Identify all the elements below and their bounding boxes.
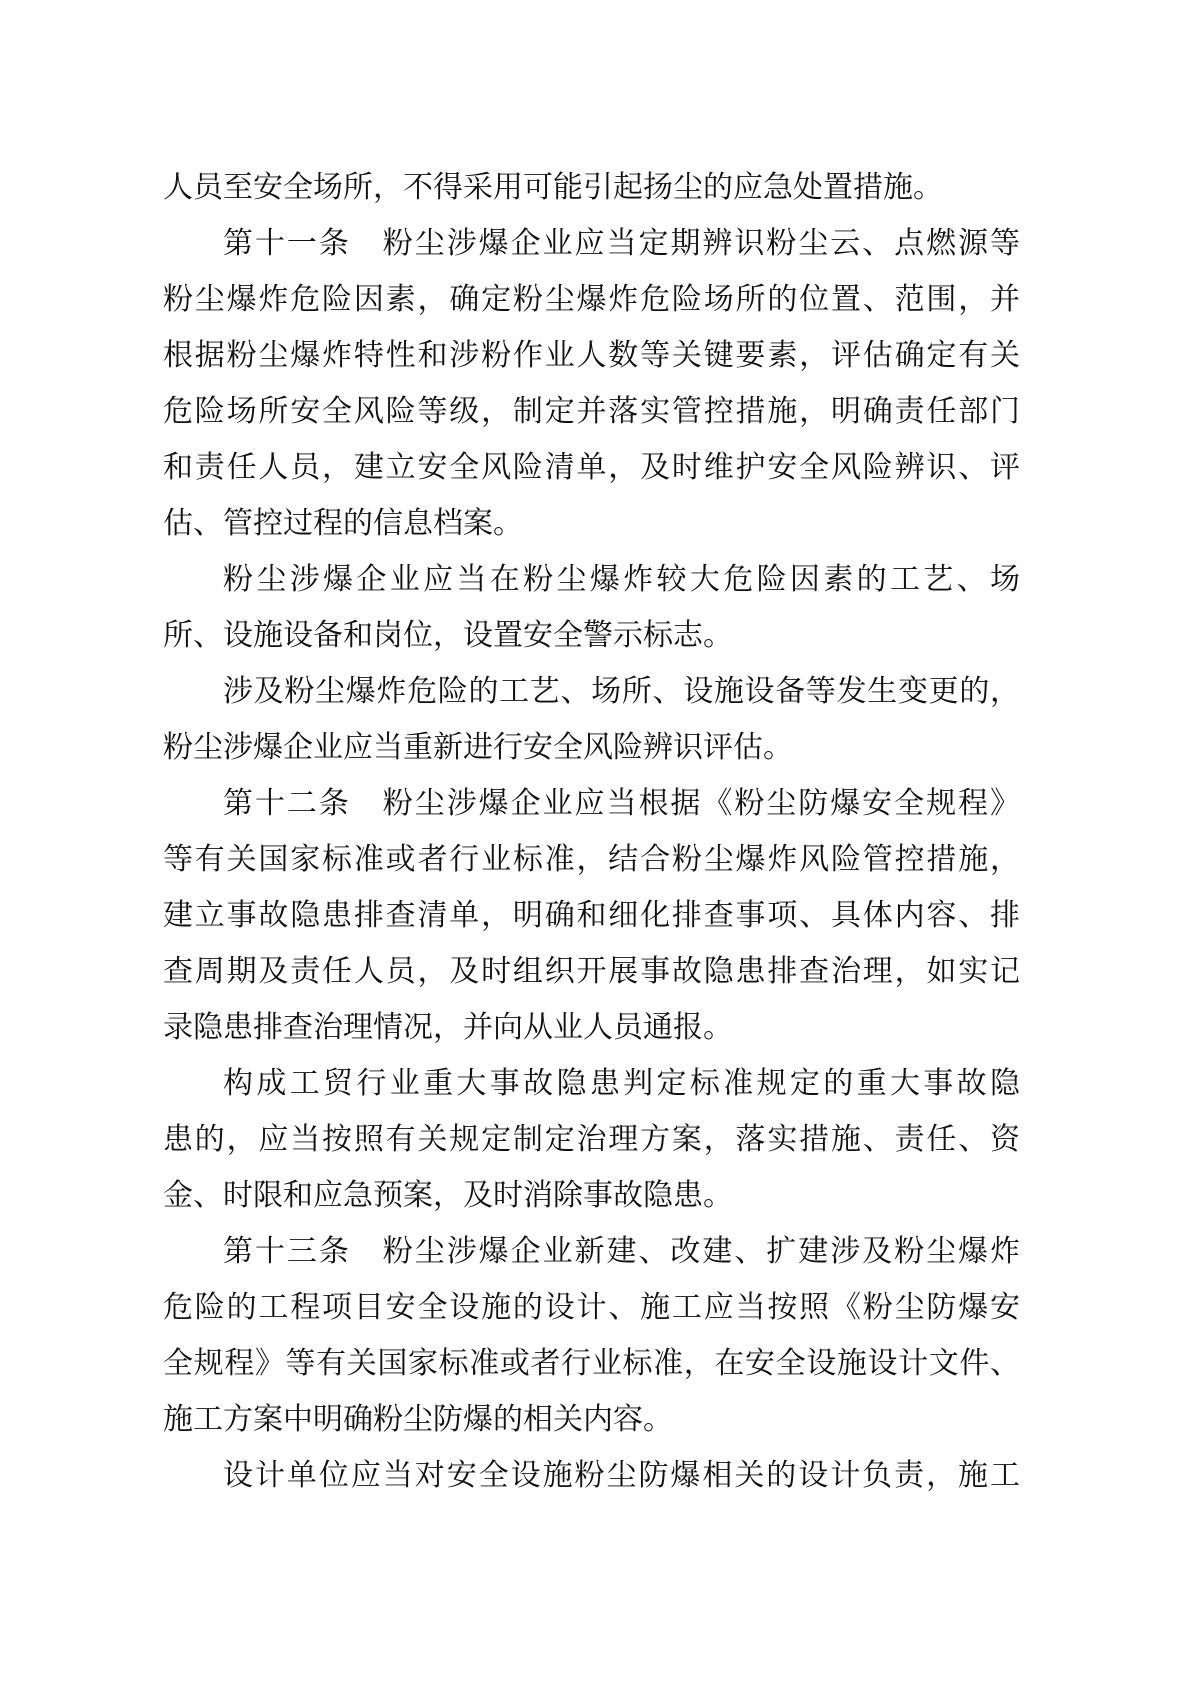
text-line: 根据粉尘爆炸特性和涉粉作业人数等关键要素，评估确定有关: [163, 328, 1020, 384]
document-page: 人员至安全场所，不得采用可能引起扬尘的应急处置措施。第十一条 粉尘涉爆企业应当定…: [0, 0, 1190, 1683]
text-line: 人员至安全场所，不得采用可能引起扬尘的应急处置措施。: [163, 160, 1020, 216]
text-line: 构成工贸行业重大事故隐患判定标准规定的重大事故隐: [163, 1056, 1020, 1112]
text-line: 危险场所安全风险等级，制定并落实管控措施，明确责任部门: [163, 384, 1020, 440]
text-line: 录隐患排查治理情况，并向从业人员通报。: [163, 1000, 1020, 1056]
text-line: 所、设施设备和岗位，设置安全警示标志。: [163, 608, 1020, 664]
text-line: 建立事故隐患排查清单，明确和细化排查事项、具体内容、排: [163, 888, 1020, 944]
text-line: 患的，应当按照有关规定制定治理方案，落实措施、责任、资: [163, 1112, 1020, 1168]
text-line: 第十二条 粉尘涉爆企业应当根据《粉尘防爆安全规程》: [163, 776, 1020, 832]
text-line: 粉尘涉爆企业应当重新进行安全风险辨识评估。: [163, 720, 1020, 776]
text-line: 第十一条 粉尘涉爆企业应当定期辨识粉尘云、点燃源等: [163, 216, 1020, 272]
text-line: 第十三条 粉尘涉爆企业新建、改建、扩建涉及粉尘爆炸: [163, 1224, 1020, 1280]
text-line: 估、管控过程的信息档案。: [163, 496, 1020, 552]
text-line: 施工方案中明确粉尘防爆的相关内容。: [163, 1392, 1020, 1448]
text-line: 危险的工程项目安全设施的设计、施工应当按照《粉尘防爆安: [163, 1280, 1020, 1336]
text-line: 粉尘爆炸危险因素，确定粉尘爆炸危险场所的位置、范围，并: [163, 272, 1020, 328]
text-line: 设计单位应当对安全设施粉尘防爆相关的设计负责，施工: [163, 1448, 1020, 1504]
text-line: 金、时限和应急预案，及时消除事故隐患。: [163, 1168, 1020, 1224]
text-line: 全规程》等有关国家标准或者行业标准，在安全设施设计文件、: [163, 1336, 1020, 1392]
text-line: 和责任人员，建立安全风险清单，及时维护安全风险辨识、评: [163, 440, 1020, 496]
text-line: 粉尘涉爆企业应当在粉尘爆炸较大危险因素的工艺、场: [163, 552, 1020, 608]
text-line: 涉及粉尘爆炸危险的工艺、场所、设施设备等发生变更的，: [163, 664, 1020, 720]
text-line: 查周期及责任人员，及时组织开展事故隐患排查治理，如实记: [163, 944, 1020, 1000]
text-line: 等有关国家标准或者行业标准，结合粉尘爆炸风险管控措施，: [163, 832, 1020, 888]
document-body: 人员至安全场所，不得采用可能引起扬尘的应急处置措施。第十一条 粉尘涉爆企业应当定…: [163, 160, 1020, 1504]
